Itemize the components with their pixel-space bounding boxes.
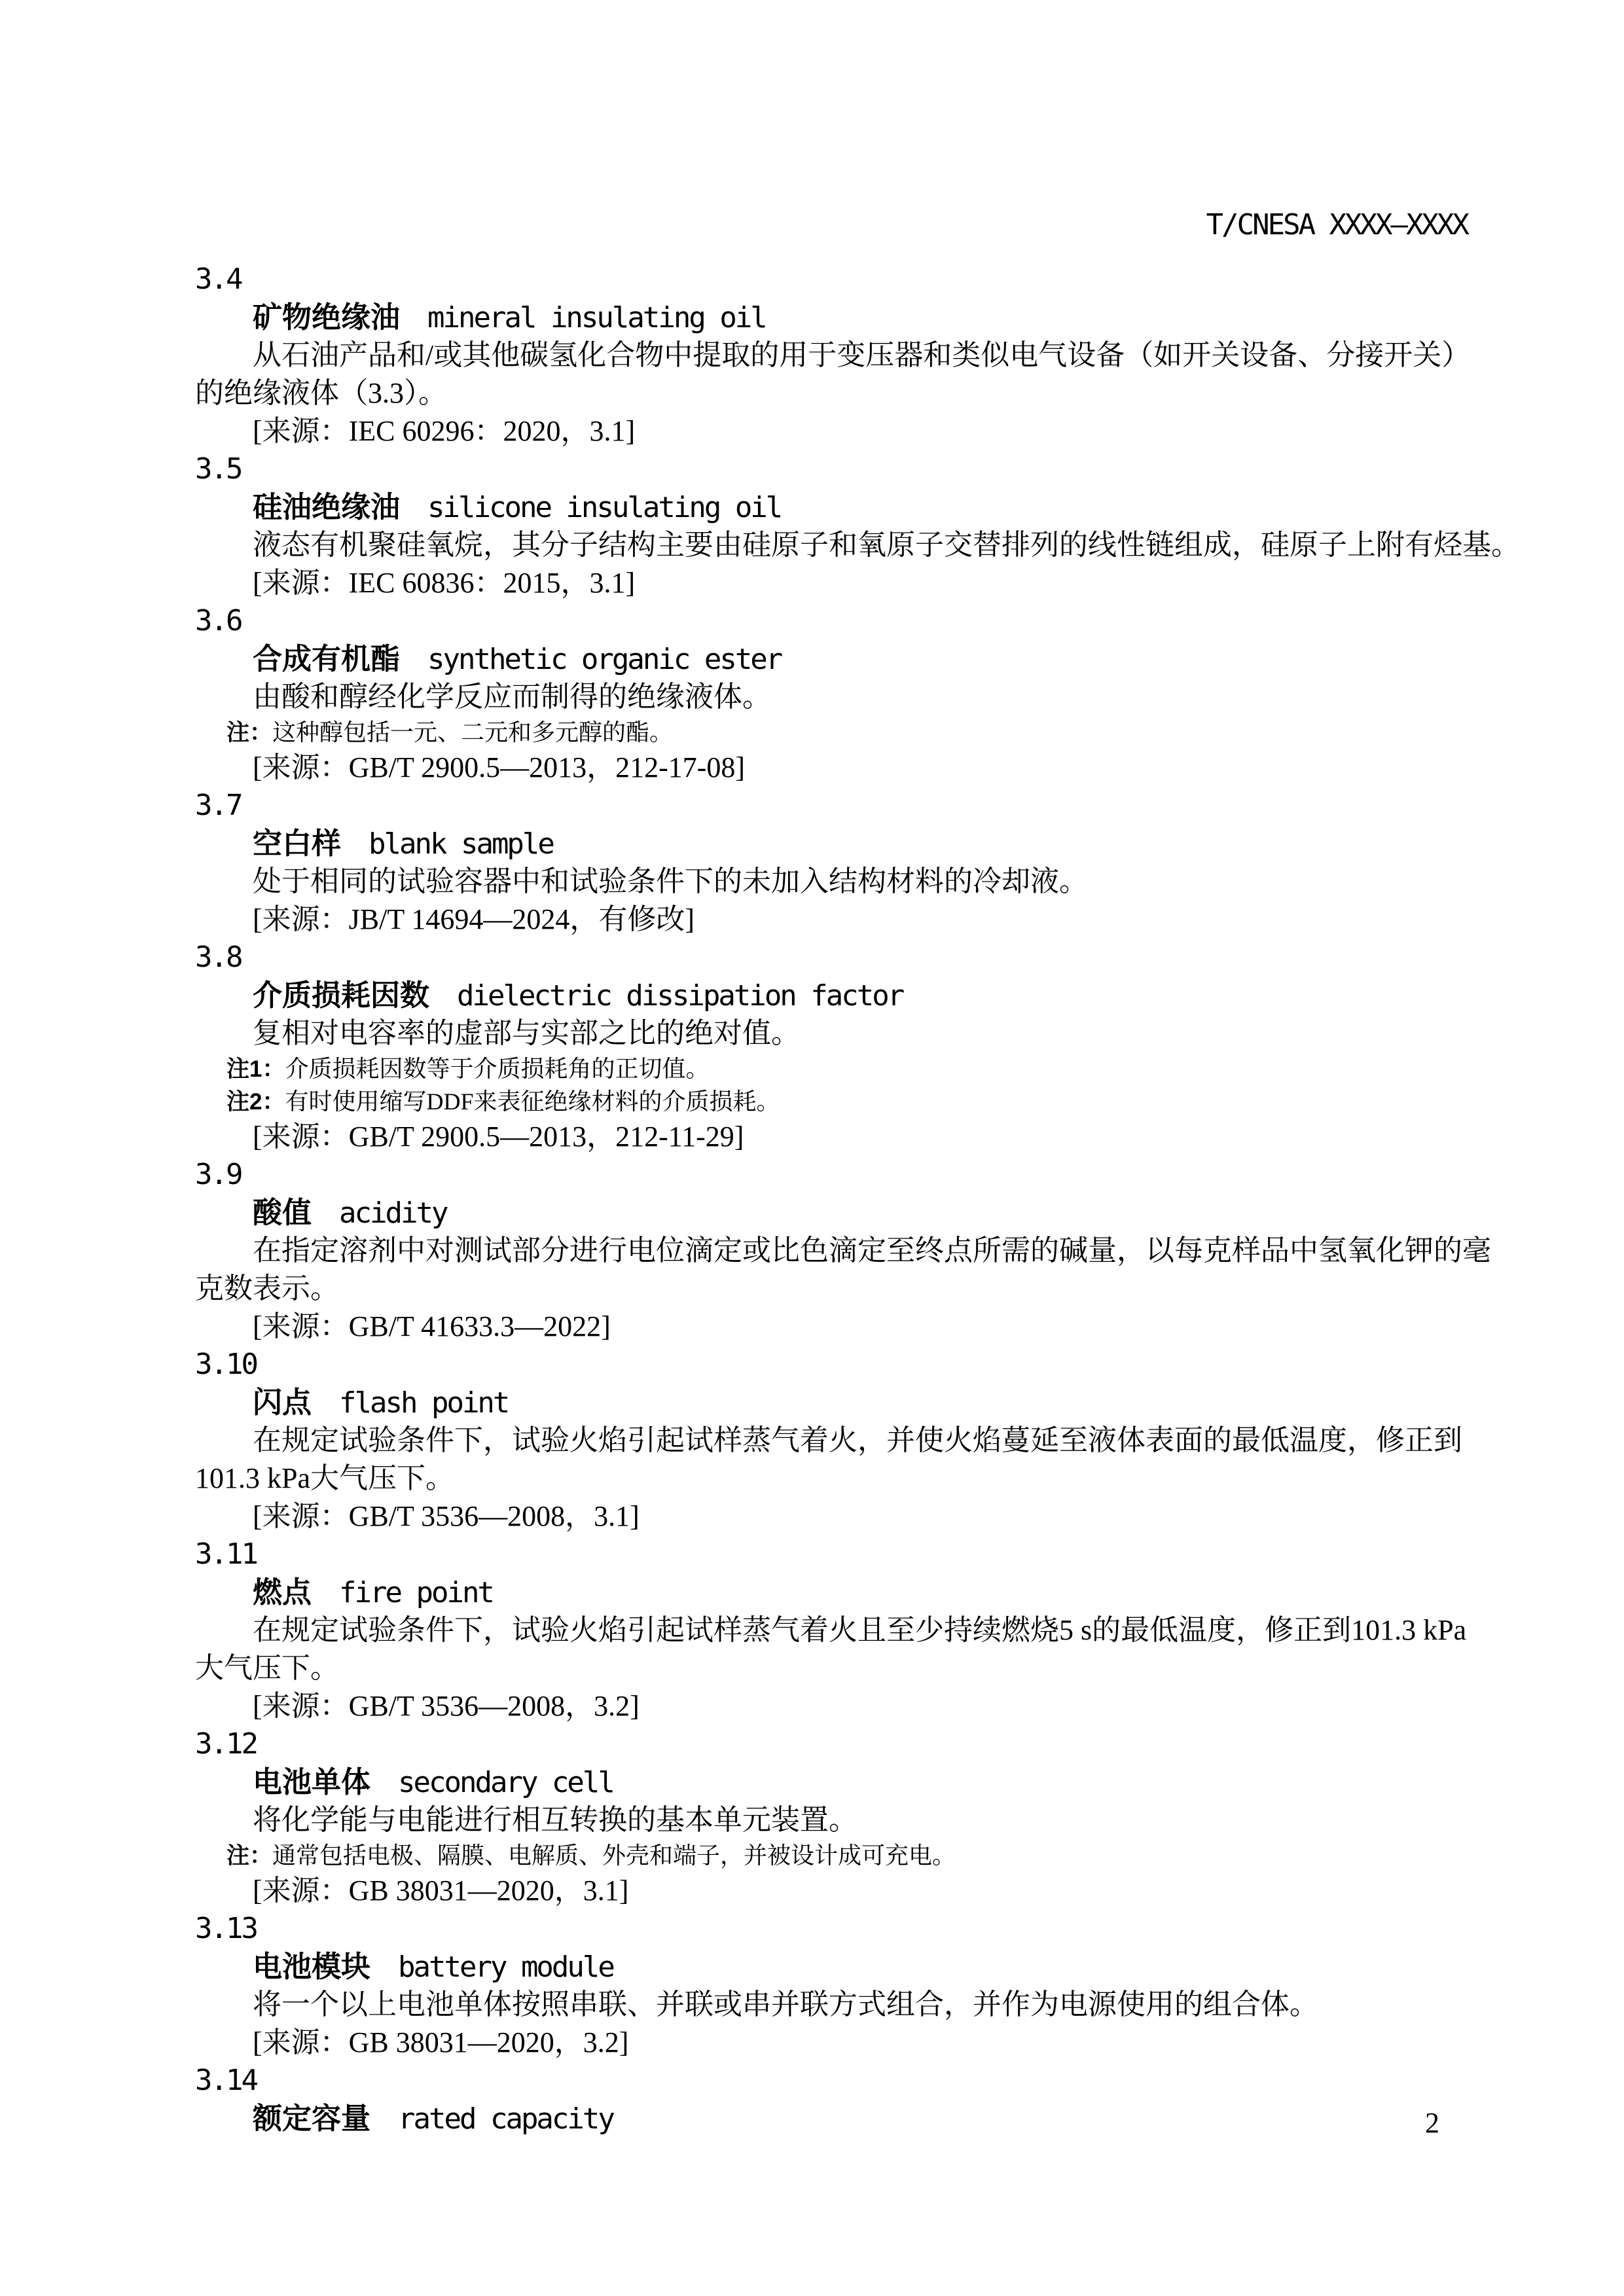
term-english: battery module <box>398 1950 613 1984</box>
definition-line: 在规定试验条件下，试验火焰引起试样蒸气着火且至少持续燃烧5 s的最低温度，修正到… <box>195 1611 1468 1649</box>
term-english: dielectric dissipation factor <box>457 979 903 1013</box>
term-line: 合成有机酯synthetic organic ester <box>195 640 1468 678</box>
definition-line: 将一个以上电池单体按照串联、并联或串并联方式组合，并作为电源使用的组合体。 <box>195 1986 1468 2024</box>
section-number: 3.4 <box>195 260 1468 298</box>
term-chinese: 空白样 <box>253 827 341 860</box>
term-section: 3.8介质损耗因数dielectric dissipation factor复相… <box>195 939 1468 1156</box>
term-english: silicone insulating oil <box>427 491 781 524</box>
note-label: 注2： <box>226 1089 285 1115</box>
note-label: 注： <box>226 1843 272 1869</box>
term-line: 燃点fire point <box>195 1573 1468 1611</box>
term-english: synthetic organic ester <box>427 643 781 676</box>
terms-and-definitions-content: 3.4矿物绝缘油mineral insulating oil从石油产品和/或其他… <box>195 260 1468 2138</box>
term-english: rated capacity <box>398 2102 613 2136</box>
definition-line: 复相对电容率的虚部与实部之比的绝对值。 <box>195 1014 1468 1052</box>
definition-line: 的绝缘液体（3.3）。 <box>195 374 1468 412</box>
term-english: mineral insulating oil <box>427 301 766 334</box>
term-section: 3.10闪点flash point在规定试验条件下，试验火焰引起试样蒸气着火，并… <box>195 1346 1468 1535</box>
section-number: 3.12 <box>195 1725 1468 1763</box>
term-chinese: 硅油绝缘油 <box>253 490 400 524</box>
document-code-header: T/CNESA XXXX—XXXX <box>1206 208 1468 242</box>
source-line: [来源：GB/T 2900.5—2013，212-17-08] <box>195 749 1468 787</box>
note-text: 有时使用缩写DDF来表征绝缘材料的介质损耗。 <box>285 1088 780 1115</box>
section-number: 3.5 <box>195 450 1468 488</box>
term-section: 3.13电池模块battery module将一个以上电池单体按照串联、并联或串… <box>195 1910 1468 2062</box>
section-number: 3.9 <box>195 1156 1468 1194</box>
source-line: [来源：GB/T 2900.5—2013，212-11-29] <box>195 1118 1468 1156</box>
source-line: [来源：GB 38031—2020，3.2] <box>195 2024 1468 2062</box>
source-line: [来源：IEC 60836：2015，3.1] <box>195 564 1468 602</box>
section-number: 3.8 <box>195 939 1468 977</box>
source-line: [来源：JB/T 14694—2024，有修改] <box>195 901 1468 939</box>
term-line: 空白样blank sample <box>195 825 1468 863</box>
term-chinese: 额定容量 <box>253 2102 370 2135</box>
term-chinese: 闪点 <box>253 1386 312 1419</box>
source-line: [来源：GB/T 41633.3—2022] <box>195 1308 1468 1346</box>
note-line: 注：这种醇包括一元、二元和多元醇的酯。 <box>195 716 1468 749</box>
term-line: 硅油绝缘油silicone insulating oil <box>195 488 1468 526</box>
definition-line: 在规定试验条件下，试验火焰引起试样蒸气着火，并使火焰蔓延至液体表面的最低温度，修… <box>195 1422 1468 1460</box>
term-line: 电池单体secondary cell <box>195 1763 1468 1801</box>
term-chinese: 电池模块 <box>253 1950 370 1983</box>
source-line: [来源：GB/T 3536—2008，3.2] <box>195 1687 1468 1725</box>
term-english: flash point <box>339 1386 508 1420</box>
term-section: 3.14额定容量rated capacity <box>195 2062 1468 2138</box>
term-chinese: 介质损耗因数 <box>253 978 429 1012</box>
note-text: 这种醇包括一元、二元和多元醇的酯。 <box>272 719 673 745</box>
term-chinese: 电池单体 <box>253 1765 370 1799</box>
term-english: blank sample <box>369 827 553 861</box>
term-line: 矿物绝缘油mineral insulating oil <box>195 298 1468 336</box>
term-chinese: 燃点 <box>253 1575 312 1609</box>
term-section: 3.4矿物绝缘油mineral insulating oil从石油产品和/或其他… <box>195 260 1468 450</box>
term-section: 3.12电池单体secondary cell将化学能与电能进行相互转换的基本单元… <box>195 1725 1468 1910</box>
note-line: 注：通常包括电极、隔膜、电解质、外壳和端子，并被设计成可充电。 <box>195 1839 1468 1872</box>
source-line: [来源：IEC 60296：2020，3.1] <box>195 412 1468 450</box>
definition-line: 101.3 kPa大气压下。 <box>195 1460 1468 1498</box>
term-section: 3.9酸值acidity在指定溶剂中对测试部分进行电位滴定或比色滴定至终点所需的… <box>195 1156 1468 1346</box>
term-english: acidity <box>339 1196 446 1230</box>
note-line: 注1：介质损耗因数等于介质损耗角的正切值。 <box>195 1052 1468 1085</box>
term-line: 电池模块battery module <box>195 1948 1468 1986</box>
term-line: 酸值acidity <box>195 1194 1468 1232</box>
term-chinese: 酸值 <box>253 1196 312 1229</box>
term-english: secondary cell <box>398 1766 613 1799</box>
term-section: 3.6合成有机酯synthetic organic ester由酸和醇经化学反应… <box>195 602 1468 787</box>
term-chinese: 合成有机酯 <box>253 642 400 675</box>
definition-line: 在指定溶剂中对测试部分进行电位滴定或比色滴定至终点所需的碱量，以每克样品中氢氧化… <box>195 1232 1468 1270</box>
section-number: 3.6 <box>195 602 1468 640</box>
term-line: 闪点flash point <box>195 1384 1468 1422</box>
page-number: 2 <box>1425 2106 1439 2140</box>
term-section: 3.11燃点fire point在规定试验条件下，试验火焰引起试样蒸气着火且至少… <box>195 1535 1468 1725</box>
source-line: [来源：GB/T 3536—2008，3.1] <box>195 1498 1468 1535</box>
note-text: 介质损耗因数等于介质损耗角的正切值。 <box>285 1056 709 1082</box>
note-label: 注1： <box>226 1056 285 1082</box>
section-number: 3.11 <box>195 1535 1468 1573</box>
definition-line: 液态有机聚硅氧烷，其分子结构主要由硅原子和氧原子交替排列的线性链组成，硅原子上附… <box>195 526 1468 564</box>
source-line: [来源：GB 38031—2020，3.1] <box>195 1872 1468 1910</box>
term-section: 3.7空白样blank sample处于相同的试验容器中和试验条件下的未加入结构… <box>195 787 1468 939</box>
definition-line: 将化学能与电能进行相互转换的基本单元装置。 <box>195 1801 1468 1839</box>
definition-line: 大气压下。 <box>195 1649 1468 1687</box>
definition-line: 从石油产品和/或其他碳氢化合物中提取的用于变压器和类似电气设备（如开关设备、分接… <box>195 336 1468 374</box>
term-english: fire point <box>339 1576 493 1609</box>
definition-line: 处于相同的试验容器中和试验条件下的未加入结构材料的冷却液。 <box>195 863 1468 901</box>
section-number: 3.10 <box>195 1346 1468 1384</box>
section-number: 3.14 <box>195 2062 1468 2100</box>
section-number: 3.13 <box>195 1910 1468 1948</box>
standard-document-page: T/CNESA XXXX—XXXX 3.4矿物绝缘油mineral insula… <box>0 0 1624 2296</box>
term-chinese: 矿物绝缘油 <box>253 300 400 334</box>
definition-line: 由酸和醇经化学反应而制得的绝缘液体。 <box>195 678 1468 716</box>
definition-line: 克数表示。 <box>195 1270 1468 1308</box>
note-line: 注2：有时使用缩写DDF来表征绝缘材料的介质损耗。 <box>195 1085 1468 1118</box>
term-line: 额定容量rated capacity <box>195 2100 1468 2138</box>
note-label: 注： <box>226 720 272 745</box>
note-text: 通常包括电极、隔膜、电解质、外壳和端子，并被设计成可充电。 <box>272 1842 956 1869</box>
term-line: 介质损耗因数dielectric dissipation factor <box>195 977 1468 1014</box>
section-number: 3.7 <box>195 787 1468 825</box>
term-section: 3.5硅油绝缘油silicone insulating oil液态有机聚硅氧烷，… <box>195 450 1468 602</box>
